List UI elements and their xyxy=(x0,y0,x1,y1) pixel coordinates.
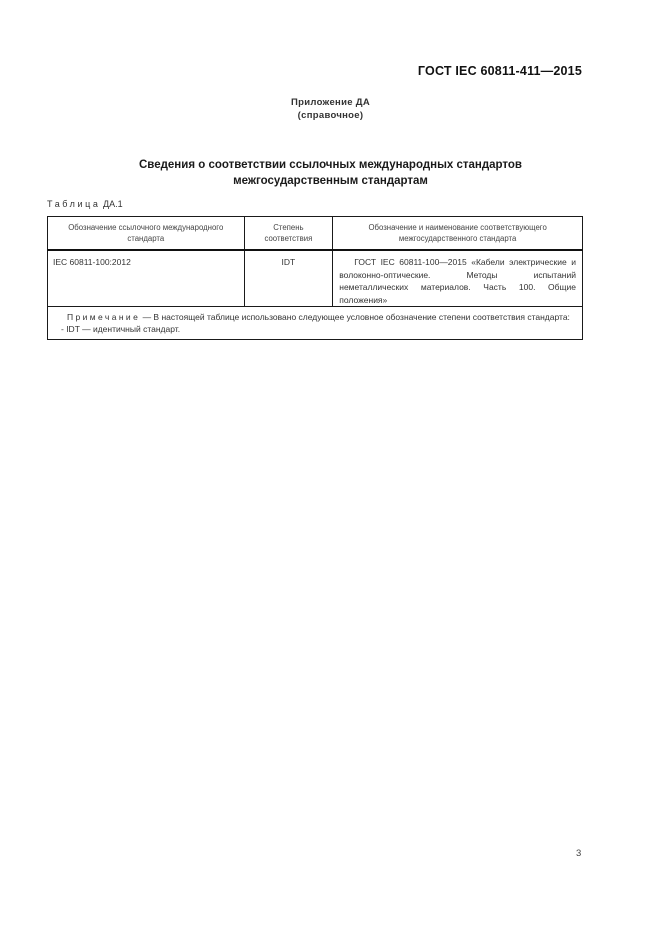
section-title-line-1: Сведения о соответствии ссылочных междун… xyxy=(0,157,661,173)
table-label-number: ДА.1 xyxy=(103,199,123,209)
note-list-item: - IDT — идентичный стандарт. xyxy=(53,324,576,336)
table-label: Таблица ДА.1 xyxy=(47,199,123,209)
cell-reference: IEC 60811-100:2012 xyxy=(48,250,245,307)
table-label-prefix: Таблица xyxy=(47,199,101,209)
column-header-reference: Обозначение ссылочного международного ст… xyxy=(48,217,245,251)
note-text: — В настоящей таблице использовано следу… xyxy=(140,312,570,322)
document-code: ГОСТ IEC 60811-411—2015 xyxy=(418,64,582,78)
correspondence-table: Обозначение ссылочного международного ст… xyxy=(47,216,583,340)
table-note-row: Примечание — В настоящей таблице использ… xyxy=(48,307,583,340)
column-header-interstate-text: Обозначение и наименование соответствующ… xyxy=(333,222,582,244)
column-header-degree-text: Степень соответствия xyxy=(245,222,333,244)
note-label: Примечание xyxy=(67,312,140,322)
note-paragraph: Примечание — В настоящей таблице использ… xyxy=(53,312,576,324)
cell-interstate: ГОСТ IEC 60811-100—2015 «Кабели электрич… xyxy=(333,250,583,307)
annex-title: Приложение ДА xyxy=(0,96,661,109)
table-note: Примечание — В настоящей таблице использ… xyxy=(48,307,583,340)
page-number: 3 xyxy=(576,848,581,859)
annex-heading: Приложение ДА (справочное) xyxy=(0,96,661,122)
table-header-row: Обозначение ссылочного международного ст… xyxy=(48,217,583,251)
table-row: IEC 60811-100:2012 IDT ГОСТ IEC 60811-10… xyxy=(48,250,583,307)
column-header-degree: Степень соответствия xyxy=(244,217,333,251)
column-header-interstate: Обозначение и наименование соответствующ… xyxy=(333,217,583,251)
annex-subtitle: (справочное) xyxy=(0,109,661,122)
column-header-reference-text: Обозначение ссылочного международного ст… xyxy=(48,222,244,244)
section-title: Сведения о соответствии ссылочных междун… xyxy=(0,157,661,189)
cell-degree: IDT xyxy=(244,250,333,307)
section-title-line-2: межгосударственным стандартам xyxy=(0,173,661,189)
